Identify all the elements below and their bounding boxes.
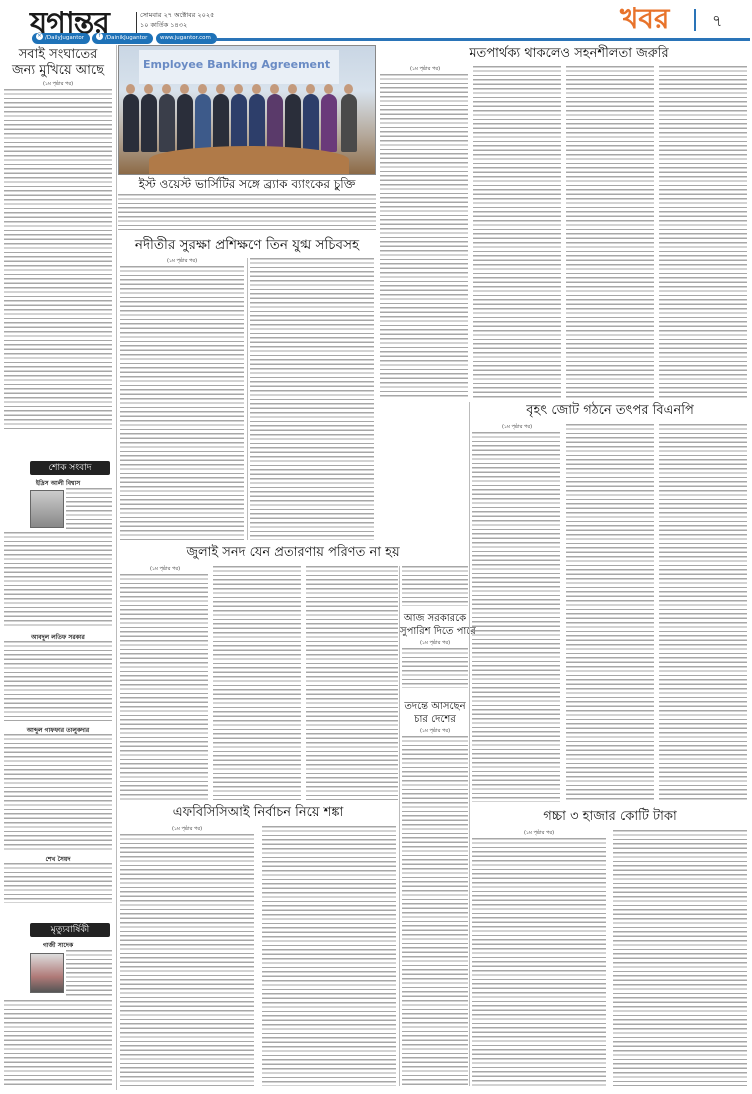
headline-photo-feature: ইস্ট ওয়েস্ট ভার্সিটির সঙ্গে ব্র্যাক ব্য… — [118, 177, 376, 191]
facebook-icon: f — [96, 33, 103, 40]
article-body-bnp — [472, 432, 560, 802]
headline-investigation: তদন্তে আসছেন চার দেশের — [400, 700, 470, 726]
column-divider — [469, 402, 470, 1086]
article-body-july-charter — [213, 566, 301, 800]
article-body-july-charter — [306, 566, 398, 800]
column-divider — [116, 45, 117, 1090]
continued-note: (১ম পৃষ্ঠার পর) — [118, 258, 246, 266]
article-body-recommend — [402, 648, 468, 688]
anniversary-section-title: মৃত্যুবার্ষিকী — [30, 923, 110, 937]
social-link-x[interactable]: ✕/DailyJugantor — [32, 33, 90, 44]
obituary-section-title: শোক সংবাদ — [30, 461, 110, 475]
article-body-top-right — [566, 66, 654, 398]
x-icon: ✕ — [36, 33, 43, 40]
continued-note: (১ম পৃষ্ঠার পর) — [120, 826, 254, 834]
masthead-divider — [136, 12, 137, 34]
obituary-text — [66, 488, 112, 530]
article-body-bnp — [566, 424, 654, 802]
headline-top-right: মতপার্থক্য থাকলেও সহনশীলতা জরুরি — [390, 45, 748, 63]
date-bengali: ১০ কার্তিক ১৪৩২ — [140, 20, 214, 30]
continued-note: (১ম পৃষ্ঠার পর) — [400, 640, 470, 648]
obituary-photo — [30, 490, 64, 528]
article-body-training — [120, 266, 244, 540]
obituary-text — [4, 532, 112, 628]
article-body-bnp — [659, 424, 747, 802]
section-title: খবর — [620, 2, 669, 36]
article-body-fbcci — [262, 826, 396, 1086]
section-divider — [694, 9, 696, 31]
column-divider — [247, 258, 248, 540]
article-body-gachha — [472, 838, 606, 1086]
article-body-fbcci — [120, 834, 254, 1086]
headline-gachha: গচ্চা ৩ হাজার কোটি টাকা — [470, 808, 750, 826]
headline-bnp: বৃহৎ জোট গঠনে তৎপর বিএনপি — [470, 402, 750, 420]
continued-note: (১ম পৃষ্ঠার পর) — [2, 81, 114, 89]
article-body-left-lead — [4, 89, 112, 429]
article-body-investigation — [402, 736, 468, 1086]
continued-note: (১ম পৃষ্ঠার পর) — [472, 424, 562, 432]
article-body-top-right — [659, 66, 747, 398]
continued-note: (১ম পৃষ্ঠার পর) — [472, 830, 606, 838]
photo-banner-text: Employee Banking Agreement — [143, 58, 330, 71]
article-body-top-right — [473, 66, 561, 398]
date-gregorian: সোমবার ২৭ অক্টোবর ২০২৫ — [140, 10, 214, 20]
article-body-top-right — [380, 74, 468, 398]
feature-photo: Employee Banking Agreement — [118, 45, 376, 175]
social-link-web[interactable]: www.jugantor.com — [156, 33, 217, 44]
social-link-facebook[interactable]: f/DainikJugantor — [92, 33, 153, 44]
page-number: ৭ — [712, 8, 722, 35]
continued-note: (১ম পৃষ্ঠার পর) — [380, 66, 470, 74]
obituary-text — [4, 863, 112, 903]
column-divider — [399, 566, 400, 1086]
continued-note: (১ম পৃষ্ঠার পর) — [400, 728, 470, 736]
headline-left-lead: সবাই সংঘাতের জন্য মুখিয়ে আছে — [2, 47, 114, 79]
masthead-rule — [215, 38, 750, 41]
article-body-training — [250, 258, 374, 540]
headline-recommend: আজ সরকারকে সুপারিশ দিতে পারে — [400, 612, 470, 638]
obituary-text — [4, 641, 112, 721]
anniversary-text — [4, 1000, 112, 1088]
headline-fbcci: এফবিসিসিআই নির্বাচন নিয়ে শঙ্কা — [118, 804, 398, 822]
article-body-photo-feature — [118, 194, 376, 230]
article-body-july-charter — [120, 574, 208, 800]
continued-note: (১ম পৃষ্ঠার পর) — [120, 566, 210, 574]
article-body-gachha — [613, 830, 747, 1086]
headline-july-charter: জুলাই সনদ যেন প্রতারণায় পরিণত না হয় — [118, 544, 468, 562]
obituary-text — [4, 734, 112, 850]
anniversary-photo — [30, 953, 64, 993]
headline-training: নদীতীর সুরক্ষা প্রশিক্ষণে তিন যুগ্ম সচিব… — [118, 236, 376, 254]
anniversary-text — [66, 950, 112, 996]
article-body — [402, 566, 468, 606]
masthead-date: সোমবার ২৭ অক্টোবর ২০২৫ ১০ কার্তিক ১৪৩২ — [140, 10, 214, 30]
